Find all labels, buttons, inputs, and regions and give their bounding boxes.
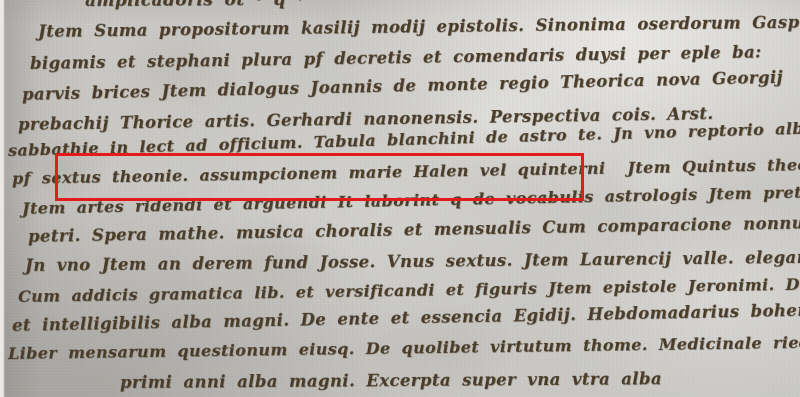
manuscript-line: pf sextus theonie. assumpcionem marie Ha… bbox=[12, 154, 800, 188]
manuscript-line: Jn vno Jtem an derem fund Josse. Vnus se… bbox=[25, 247, 800, 275]
manuscript-line: bigamis et stephani plura pf decretis et… bbox=[30, 43, 762, 73]
manuscript-line: Jtem artes ridendi et arguendi It labori… bbox=[22, 182, 800, 218]
manuscript-line: Cum addicis gramatica lib. et versifican… bbox=[18, 273, 800, 306]
manuscript-photo: amplicadoris ot · q ·Jtem Suma proposito… bbox=[0, 0, 800, 397]
manuscript-line: Liber mensarum questionum eiusq. De quol… bbox=[8, 331, 800, 363]
manuscript-line: petri. Spera mathe. musica choralis et m… bbox=[28, 213, 800, 246]
manuscript-line: parvis brices Jtem dialogus Joannis de m… bbox=[22, 68, 783, 104]
manuscript-line: amplicadoris ot · q · bbox=[85, 0, 303, 11]
manuscript-line: Jtem Suma propositorum kasilij modij epi… bbox=[38, 12, 800, 41]
manuscript-line: et intelligibilis alba magni. De ente et… bbox=[12, 300, 800, 335]
manuscript-line: primi anni alba magni. Excerpta super vn… bbox=[120, 369, 662, 392]
